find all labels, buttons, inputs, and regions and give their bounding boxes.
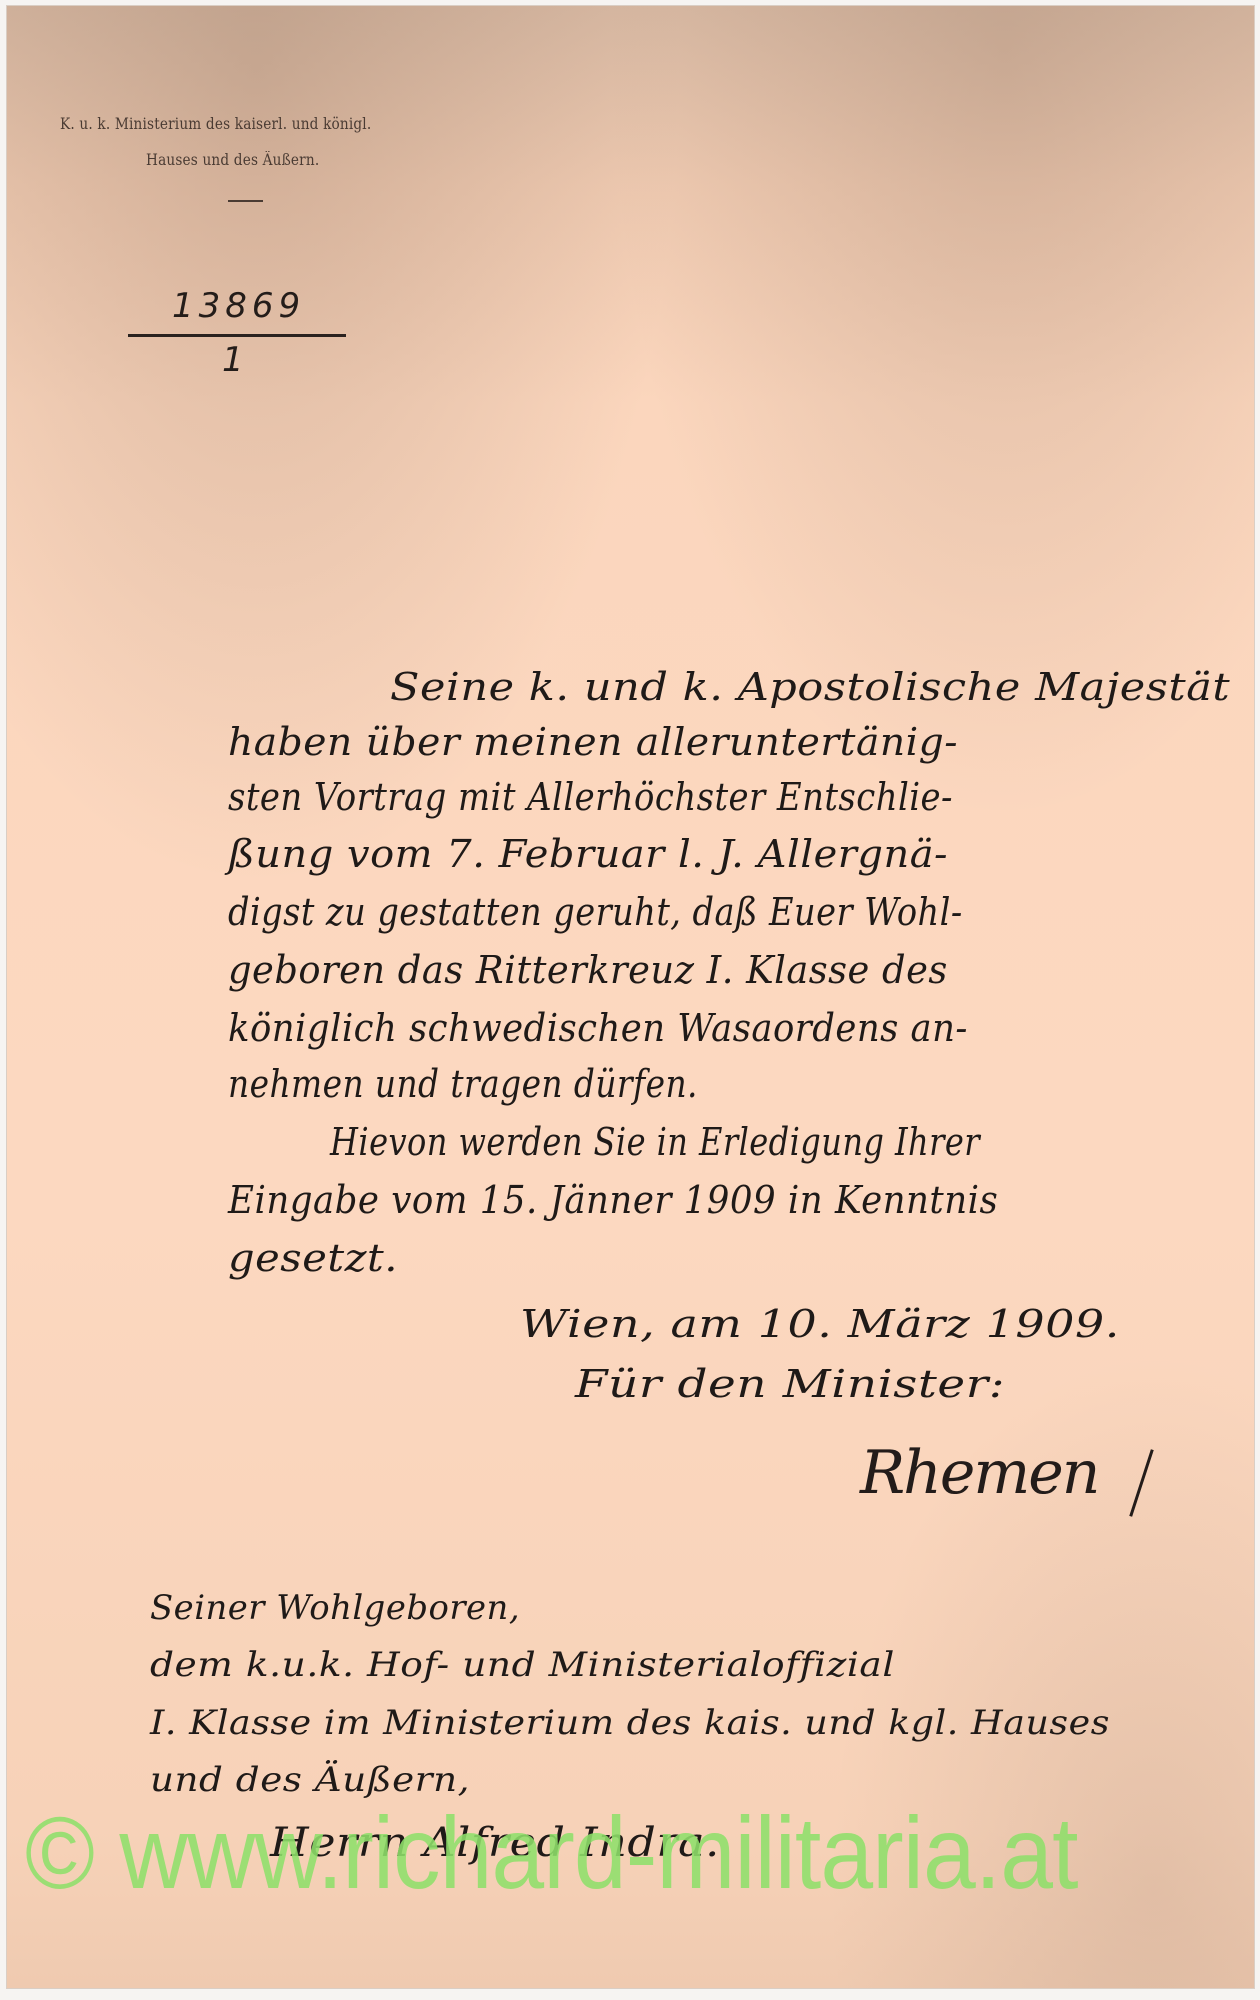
body-line-10: Eingabe vom 15. Jänner 1909 in Kenntnis [228,1178,998,1222]
letterhead-line-2: Hauses und des Äußern. [146,151,319,169]
reference-sub-number: 1 [222,340,249,380]
body-line-5: digst zu gestatten geruht, daß Euer Wohl… [228,890,963,934]
body-line-8: nehmen und tragen dürfen. [228,1062,698,1106]
body-line-1: Seine k. und k. Apostolische Majestät [390,665,1230,709]
body-line-4: ßung vom 7. Februar l. J. Allergnä- [228,832,948,876]
place-date: Wien, am 10. März 1909. [520,1302,1120,1346]
copyright-watermark: © www.richard-militaria.at [25,1795,1077,1912]
body-line-6: geboren das Ritterkreuz I. Klasse des [228,948,948,992]
body-line-3: sten Vortrag mit Allerhöchster Entschlie… [228,775,953,819]
letterhead-line-1: K. u. k. Ministerium des kaiserl. und kö… [60,115,371,133]
body-line-9: Hievon werden Sie in Erledigung Ihrer [330,1120,980,1164]
addressee-line-4: und des Äußern, [150,1760,470,1800]
addressee-line-3: I. Klasse im Ministerium des kais. und k… [150,1703,1110,1743]
body-line-2: haben über meinen alleruntertänig- [228,720,958,764]
on-behalf-line: Für den Minister: [575,1362,1005,1406]
reference-number: 13869 [172,286,305,326]
letterhead-divider [228,200,263,202]
body-line-7: königlich schwedischen Wasaordens an- [228,1006,968,1050]
body-line-11: gesetzt. [228,1236,398,1280]
addressee-line-2: dem k.u.k. Hof- und Ministerialoffizial [150,1645,895,1685]
reference-fraction-line [128,334,346,337]
signature: Rhemen [860,1438,1098,1508]
addressee-line-1: Seiner Wohlgeboren, [150,1588,520,1628]
